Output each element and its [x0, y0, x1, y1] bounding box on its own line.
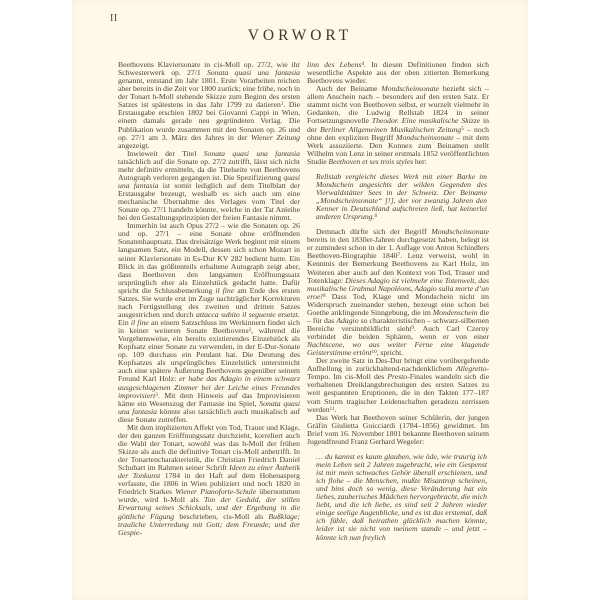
paragraph: Immerhin ist auch Opus 27/2 – wie die So… [118, 222, 300, 424]
paragraph: Das Werk hat Beethoven seiner Schülerin,… [307, 414, 489, 446]
book-page: II VORWORT Beethovens Klaviersonate in c… [72, 0, 528, 600]
column-right: linn des Lebens4. In diesen Definitionen… [307, 61, 489, 549]
paragraph: Mit dem implizierten Affekt von Tod, Tra… [118, 424, 300, 537]
paragraph: Inwieweit der Titel Sonata quasi una fan… [118, 150, 300, 223]
page-number: II [110, 13, 118, 24]
block-quote: … du kannst es kaum glauben, wie öde, wi… [316, 453, 489, 542]
page-title: VORWORT [72, 27, 528, 45]
footnote-marker: 6 [374, 213, 377, 219]
paragraph: Beethovens Klaviersonate in cis-Moll op.… [118, 61, 300, 150]
block-quote: Rellstab vergleicht dieses Werk mit eine… [316, 173, 489, 221]
paragraph: Der zweite Satz in Des-Dur bringt eine v… [307, 357, 489, 413]
paragraph: linn des Lebens4. In diesen Definitionen… [307, 61, 489, 85]
paragraph: Auch der Beiname Mondscheinsonate bezieh… [307, 85, 489, 166]
column-left: Beethovens Klaviersonate in cis-Moll op.… [118, 61, 300, 549]
paragraph: Demnach dürfte sich der Begriff Mondsche… [307, 228, 489, 357]
text-block: Beethovens Klaviersonate in cis-Moll op.… [118, 61, 489, 549]
